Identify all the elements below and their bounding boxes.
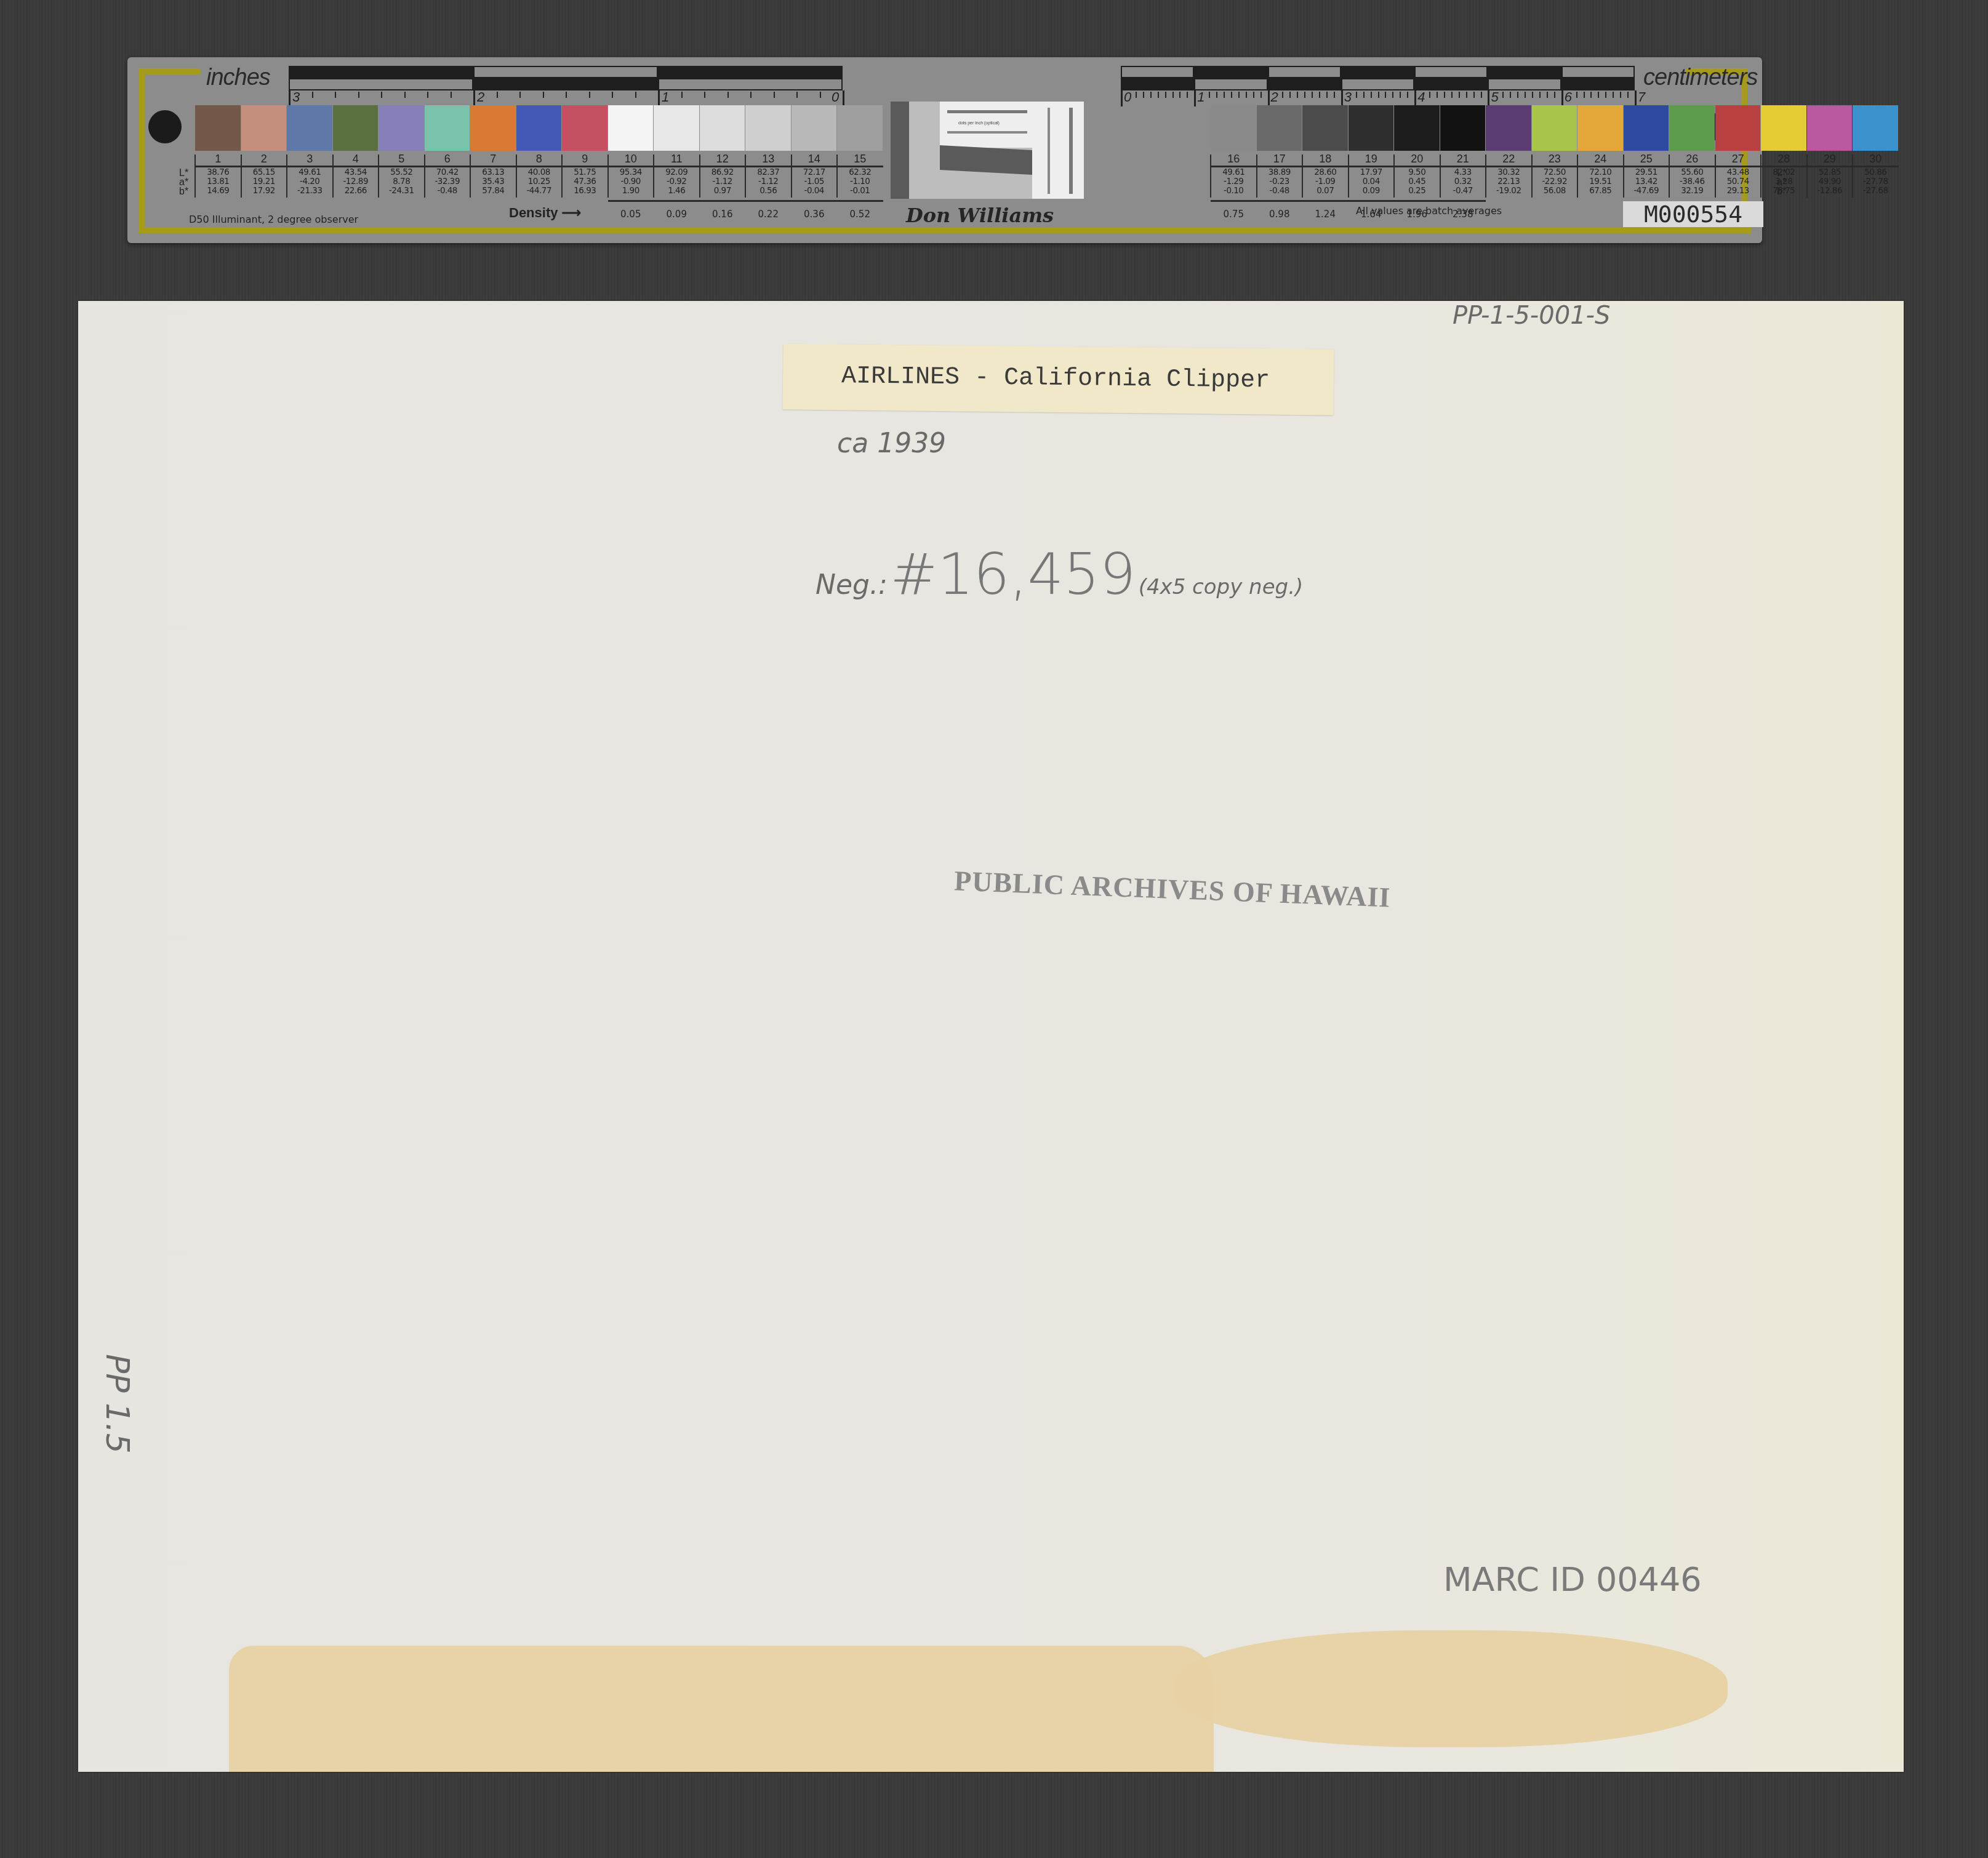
density-value: 1.24 [1302,209,1349,220]
inches-label: inches [206,65,270,91]
ruler-minor-tick [750,92,752,98]
color-patch [837,105,883,151]
ruler-number: 2 [1271,89,1278,105]
color-patch [1853,105,1898,151]
negative-note: Neg.: #16,459 (4x5 copy neg.) [816,542,1303,607]
patch-lab-values: 43.4850.7429.13 [1715,168,1762,196]
table-divider [607,154,609,198]
color-patch [470,105,516,151]
ruler-bar [658,66,843,78]
ruler-minor-tick [727,92,729,98]
ruler-minor-tick [1158,92,1159,98]
ruler-minor-tick [1510,92,1511,98]
patch-number: 11 [654,153,700,166]
ruler-minor-tick [1605,92,1606,98]
patch-number: 27 [1715,153,1762,166]
color-patch [792,105,837,151]
ruler-minor-tick [1473,92,1475,98]
table-divider [653,154,654,198]
patch-number: 12 [700,153,746,166]
ruler-minor-tick [1620,92,1621,98]
ruler-bar [289,78,473,90]
ruler-minor-tick [1179,92,1180,98]
ruler-minor-tick [1444,92,1445,98]
ruler-major-tick [843,90,844,106]
table-divider [1256,154,1257,198]
ruler-bar [1488,78,1561,90]
color-patch [1394,105,1440,151]
lab-labels-right: L*a*b* [1777,169,1786,196]
patch-number: 1 [195,153,241,166]
ruler-minor-tick [1297,92,1298,98]
ruler-minor-tick [1246,92,1247,98]
table-divider [1393,154,1395,198]
table-divider [561,154,563,198]
date-note: ca 1939 [837,428,946,459]
patch-number: 24 [1577,153,1624,166]
ruler-minor-tick [612,92,613,98]
color-patch [1577,105,1623,151]
patch-number: 25 [1624,153,1670,166]
ruler-minor-tick [427,92,428,98]
patch-lab-values: 30.3222.13-19.02 [1486,168,1532,196]
arrow-right-icon: ⟶ [562,205,582,220]
ruler-minor-tick [796,92,798,98]
patch-lab-values: 72.1019.5167.85 [1577,168,1624,196]
ruler-minor-tick [1378,92,1379,98]
patch-number: 13 [745,153,792,166]
ruler-minor-tick [1429,92,1430,98]
patch-lab-values: 72.17-1.05-0.04 [792,168,838,196]
ruler-major-tick [1561,90,1563,106]
density-rule [608,200,883,202]
color-patch [195,105,241,151]
patch-number: 9 [562,153,608,166]
patch-lab-values: 63.1335.4357.84 [470,168,516,196]
ruler-number: 3 [1344,89,1352,105]
patch-number: 23 [1532,153,1578,166]
patch-lab-values: 82.37-1.120.56 [745,168,792,196]
density-rule [1211,200,1486,202]
table-divider [241,154,242,198]
ruler-bar [1121,66,1194,78]
patch-lab-values: 70.42-32.39-0.48 [425,168,471,196]
ruler-number: 2 [477,89,484,105]
density-value: 0.98 [1257,209,1303,220]
marc-id-note: MARC ID 00446 [1443,1560,1702,1599]
patch-lab-values: 43.54-12.8922.66 [333,168,379,196]
ruler-minor-tick [1459,92,1460,98]
table-divider [1852,154,1853,198]
patch-number: 7 [470,153,516,166]
patch-lab-values: 38.7613.8114.69 [195,168,241,196]
table-divider [286,154,287,198]
ruler-major-tick [1194,90,1196,106]
patch-number: 14 [792,153,838,166]
table-divider [1623,154,1624,198]
patch-number: 3 [287,153,333,166]
ruler-minor-tick [312,92,313,98]
ruler-number: 0 [832,89,839,105]
ruler-minor-tick [381,92,382,98]
color-patch [516,105,562,151]
ruler-minor-tick [1451,92,1453,98]
ruler-major-tick [1121,90,1123,106]
table-divider [424,154,425,198]
ruler-minor-tick [1554,92,1555,98]
ruler-minor-tick [404,92,406,98]
ruler-minor-tick [451,92,452,98]
ruler-minor-tick [1326,92,1328,98]
ruler-minor-tick [704,92,705,98]
table-divider [1531,154,1533,198]
color-patch [654,105,699,151]
target-id: M000554 [1623,201,1763,227]
patch-number: 8 [516,153,563,166]
ruler-bar [658,78,843,90]
ruler-minor-tick [358,92,359,98]
patch-number: 18 [1302,153,1349,166]
ruler-minor-tick [1282,92,1283,98]
patch-lab-values: 55.528.78-24.31 [379,168,425,196]
ruler-minor-tick [1539,92,1541,98]
accent-bar [138,227,1751,233]
patch-number: 15 [837,153,883,166]
ruler-minor-tick [1400,92,1401,98]
ruler-number: 1 [662,89,669,105]
table-divider [1348,154,1349,198]
color-patch [1715,105,1761,151]
color-patch [700,105,745,151]
ruler-bar [1194,66,1267,78]
ruler-major-tick [658,90,660,106]
patch-lab-values: 55.60-38.4632.19 [1669,168,1715,196]
ruler-minor-tick [1304,92,1305,98]
patch-number: 19 [1349,153,1395,166]
ruler-number: 4 [1417,89,1425,105]
centimeters-label: centimeters [1643,65,1757,91]
ruler-minor-tick [1209,92,1210,98]
ruler-number: 6 [1565,89,1572,105]
table-divider [1806,154,1808,198]
ruler-minor-tick [1613,92,1614,98]
accent-bar [138,68,200,74]
table-divider [1302,154,1303,198]
table-divider [836,154,838,198]
patch-number: 28 [1761,153,1807,166]
table-divider [1210,154,1211,198]
ruler-minor-tick [1216,92,1217,98]
table-divider [745,154,746,198]
table-divider [516,154,517,198]
color-calibration-target: inches centimeters 3210 01234567 138.761… [127,57,1762,243]
color-patch [1761,105,1806,151]
ruler-minor-tick [1261,92,1262,98]
resolution-chart: dots per inch (optical) [891,102,1084,199]
color-patch [1807,105,1853,151]
ruler-minor-tick [1319,92,1320,98]
ruler-bar [473,66,658,78]
color-patch [333,105,379,151]
batch-note: All values are batch averages [1356,205,1502,217]
patch-number: 22 [1486,153,1532,166]
patch-lab-values: 28.60-1.090.07 [1302,168,1349,196]
ruler-minor-tick [1253,92,1254,98]
ruler-bar [1341,78,1414,90]
color-patch [425,105,470,151]
ruler-minor-tick [1136,92,1137,98]
ruler-bar [1561,78,1635,90]
density-value: 0.09 [654,209,700,220]
color-patch [1211,105,1256,151]
patch-number: 5 [379,153,425,166]
ruler-number: 3 [292,89,300,105]
patch-number: 21 [1440,153,1486,166]
ruler-minor-tick [497,92,498,98]
ruler-minor-tick [543,92,544,98]
ruler-minor-tick [566,92,567,98]
patch-lab-values: 29.5113.42-47.69 [1624,168,1670,196]
ruler-minor-tick [681,92,683,98]
ruler-minor-tick [1627,92,1629,98]
patch-number: 20 [1394,153,1440,166]
patch-number: 4 [333,153,379,166]
table-divider [1760,154,1762,198]
ruler-minor-tick [1363,92,1365,98]
ruler-minor-tick [1525,92,1526,98]
patch-lab-values: 86.92-1.120.97 [700,168,746,196]
color-patch [1349,105,1394,151]
ruler-bar [473,78,658,90]
ruler-major-tick [1488,90,1489,106]
color-patch [379,105,424,151]
color-patch [1669,105,1715,151]
lab-labels-left: L*a*b* [179,169,188,196]
patch-lab-values: 4.330.32-0.47 [1440,168,1486,196]
brand-logo: Don Williams [906,204,1054,227]
ruler-minor-tick [1356,92,1357,98]
ruler-minor-tick [1165,92,1166,98]
patch-lab-values: 40.0810.25-44.77 [516,168,563,196]
table-divider [1715,154,1716,198]
density-label: Density ⟶ [509,205,581,221]
patch-number: 26 [1669,153,1715,166]
adhesive-stain [1174,1630,1728,1747]
patch-number: 17 [1257,153,1303,166]
table-divider [332,154,334,198]
density-value: 0.05 [608,209,654,220]
ruler-minor-tick [1289,92,1291,98]
color-patch [1624,105,1669,151]
ruler-number: 0 [1124,89,1131,105]
caption-text: AIRLINES - California Clipper [841,362,1270,394]
patch-lab-values: 49.61-4.20-21.33 [287,168,333,196]
color-patch [1486,105,1531,151]
patch-number: 16 [1211,153,1257,166]
ruler-minor-tick [519,92,521,98]
patch-lab-values: 17.970.040.09 [1349,168,1395,196]
ruler-minor-tick [335,92,336,98]
ruler-bar [1194,78,1267,90]
color-patch [1440,105,1486,151]
patch-lab-values: 38.89-0.23-0.48 [1257,168,1303,196]
ruler-minor-tick [1584,92,1585,98]
ruler-minor-tick [1150,92,1152,98]
table-rule [1211,166,1899,167]
patch-lab-values: 49.61-1.29-0.10 [1211,168,1257,196]
punch-hole-icon [148,110,182,143]
ruler-minor-tick [1385,92,1386,98]
ruler-bar [1268,78,1341,90]
ruler-minor-tick [1172,92,1174,98]
color-patch [745,105,791,151]
patch-lab-values: 9.500.450.25 [1394,168,1440,196]
ruler-minor-tick [1224,92,1225,98]
density-value: 0.36 [792,209,838,220]
typed-caption-label: AIRLINES - California Clipper [782,343,1334,415]
density-value: 0.52 [837,209,883,220]
ruler-minor-tick [635,92,636,98]
color-patch [562,105,607,151]
color-patch [241,105,287,151]
ruler-number: 7 [1638,89,1645,105]
ruler-minor-tick [1371,92,1372,98]
color-patch [1532,105,1577,151]
ruler-minor-tick [589,92,590,98]
ruler-bar [1414,66,1488,78]
ruler-bar [1268,66,1341,78]
density-value: 0.22 [745,209,792,220]
color-patch [608,105,654,151]
patch-lab-values: 51.7547.3616.93 [562,168,608,196]
ruler-minor-tick [1312,92,1313,98]
ruler-minor-tick [1502,92,1504,98]
ruler-minor-tick [1407,92,1408,98]
ruler-bar [1414,78,1488,90]
negative-number: #16,459 [890,542,1136,607]
table-divider [194,154,196,198]
color-patch [287,105,332,151]
adhesive-stain [229,1646,1214,1772]
ruler-number: 5 [1491,89,1498,105]
patch-number: 29 [1807,153,1853,166]
ruler-bar [289,66,473,78]
ruler-major-tick [1268,90,1270,106]
ruler-major-tick [1635,90,1637,106]
ruler-major-tick [289,90,291,106]
ruler-minor-tick [1334,92,1335,98]
patch-number: 10 [608,153,654,166]
ruler-major-tick [473,90,475,106]
ruler-minor-tick [1532,92,1533,98]
ruler-number: 1 [1197,89,1204,105]
density-value: 0.75 [1211,209,1257,220]
table-divider [378,154,379,198]
ruler-minor-tick [1231,92,1232,98]
ruler-minor-tick [774,92,775,98]
table-divider [791,154,792,198]
illuminant-note: D50 Illuminant, 2 degree observer [189,214,358,225]
patch-lab-values: 95.34-0.901.90 [608,168,654,196]
patch-number: 6 [425,153,471,166]
ruler-minor-tick [1466,92,1467,98]
resolution-caption: dots per inch (optical) [958,121,1000,126]
ruler-major-tick [1341,90,1343,106]
color-patch [1257,105,1302,151]
patch-lab-values: 72.50-22.9256.08 [1532,168,1578,196]
ruler-minor-tick [1517,92,1518,98]
ruler-major-tick [1414,90,1416,106]
catalog-number: PP-1-5-001-S [1453,302,1610,330]
patch-lab-values: 50.86-27.78-27.68 [1853,168,1899,196]
ruler-bar [1341,66,1414,78]
table-rule [195,166,883,167]
ruler-minor-tick [1598,92,1599,98]
patch-lab-values: 92.09-0.921.46 [654,168,700,196]
ruler-minor-tick [1238,92,1240,98]
patch-lab-values: 65.1519.2117.92 [241,168,287,196]
ruler-minor-tick [1437,92,1438,98]
ruler-minor-tick [1392,92,1393,98]
side-note: PP 1.5 [98,1354,135,1454]
patch-number: 2 [241,153,287,166]
table-divider [1577,154,1578,198]
density-value: 0.16 [700,209,746,220]
ruler-bar [1488,66,1561,78]
table-divider [1440,154,1441,198]
ruler-minor-tick [1187,92,1188,98]
ruler-minor-tick [1481,92,1482,98]
photo-back-page [78,301,1904,1772]
table-divider [1669,154,1670,198]
ruler-minor-tick [1590,92,1592,98]
ruler-bar [1561,66,1635,78]
patch-number: 30 [1853,153,1899,166]
patch-lab-values: 62.32-1.10-0.01 [837,168,883,196]
table-divider [1485,154,1486,198]
ruler-minor-tick [820,92,821,98]
table-divider [470,154,471,198]
patch-lab-values: 52.8549.90-12.86 [1807,168,1853,196]
ruler-bar [1121,78,1194,90]
ruler-minor-tick [1547,92,1548,98]
accent-bar [138,68,145,233]
table-divider [699,154,700,198]
ruler-minor-tick [1576,92,1577,98]
ruler-minor-tick [1143,92,1144,98]
color-patch [1302,105,1348,151]
